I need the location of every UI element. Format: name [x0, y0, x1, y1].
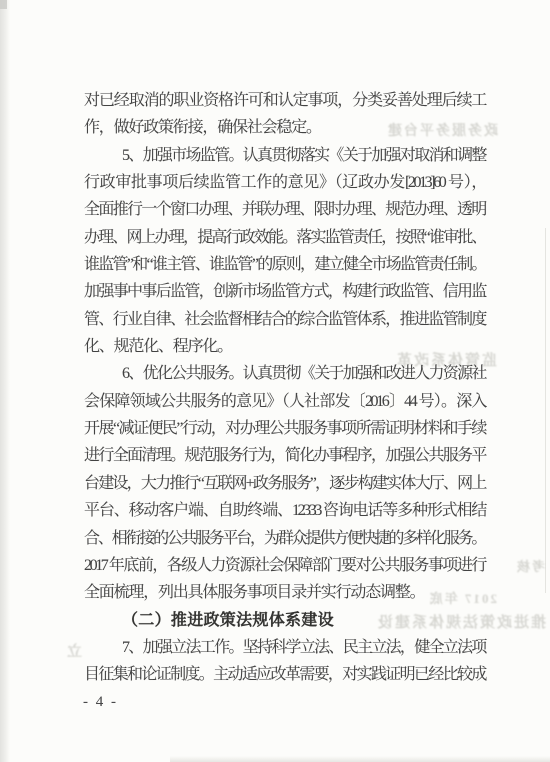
text-line: 会保障领域公共服务的意见》（人社部发〔2016〕44 号）。深入 [84, 388, 485, 415]
page-number: - 4 - [83, 694, 118, 711]
text-line: 5、加强市场监管。认真贯彻落实《关于加强对取消和调整 [84, 142, 485, 169]
text-line: 目征集和论证制度。主动适应改革需要，对实践证明已经比较成 [84, 661, 485, 688]
text-line: 台建设，大力推行“互联网+政务服务”，逐步构建实体大厅、网上 [84, 470, 485, 497]
text-line: 6、优化公共服务。认真贯彻《关于加强和改进人力资源社 [84, 360, 485, 387]
text-line: 对已经取消的职业资格许可和认定事项，分类妥善处理后续工 [84, 87, 485, 114]
bleed-through-text: 考核 [497, 556, 545, 575]
text-line: 7、加强立法工作。坚持科学立法、民主立法，健全立法项 [84, 634, 485, 661]
text-line: 合、相衔接的公共服务平台，为群众提供方便快捷的多样化服务。 [84, 525, 485, 552]
text-line: 作，做好政策衔接，确保社会稳定。 [84, 114, 485, 141]
text-line: 全面推行一个窗口办理、并联办理、限时办理、规范办理、透明 [84, 196, 485, 223]
text-line: 行政审批事项后续监管工作的意见》（辽政办发[2013]60 号）， [84, 169, 485, 196]
text-line: 加强事中事后监管，创新市场监管方式，构建行政监管、信用监 [84, 278, 485, 305]
scan-corner-artifact [0, 0, 7, 9]
text-line: 管、行业自律、社会监督相结合的综合监管体系，推进监管制度 [84, 306, 485, 333]
bleed-through-text: 立 [62, 640, 82, 661]
scan-right-edge-line [545, 228, 546, 593]
scan-left-edge [0, 0, 10, 762]
text-line: 2017 年底前，各级人力资源社会保障部门要对公共服务事项进行 [84, 552, 485, 579]
text-line: 进行全面清理。规范服务行为，简化办事程序，加强公共服务平 [84, 442, 485, 469]
text-line: 平台、移动客户端、自助终端、12333 咨询电话等多种形式相结 [84, 497, 485, 524]
document-text-block: 对已经取消的职业资格许可和认定事项，分类妥善处理后续工 作，做好政策衔接，确保社… [84, 87, 485, 689]
scan-bottom-shadow [170, 756, 550, 762]
text-line: 化、规范化、程序化。 [84, 333, 485, 360]
text-line: 谁监管”和“谁主管、谁监管”的原则，建立健全市场监管责任制。 [84, 251, 485, 278]
text-line: 开展“减证便民”行动，对办理公共服务事项所需证明材料和手续 [84, 415, 485, 442]
text-line: 办理、网上办理，提高行政效能。落实监管责任，按照“谁审批、 [84, 224, 485, 251]
text-line: 全面梳理，列出具体服务事项目录并实行动态调整。 [84, 579, 485, 606]
scanned-page: 政务服务平台建 监管体系改革 2017 年底 推进政策法规体系建设 立 考核 对… [0, 0, 550, 762]
section-heading: （二）推进政策法规体系建设 [84, 607, 485, 634]
